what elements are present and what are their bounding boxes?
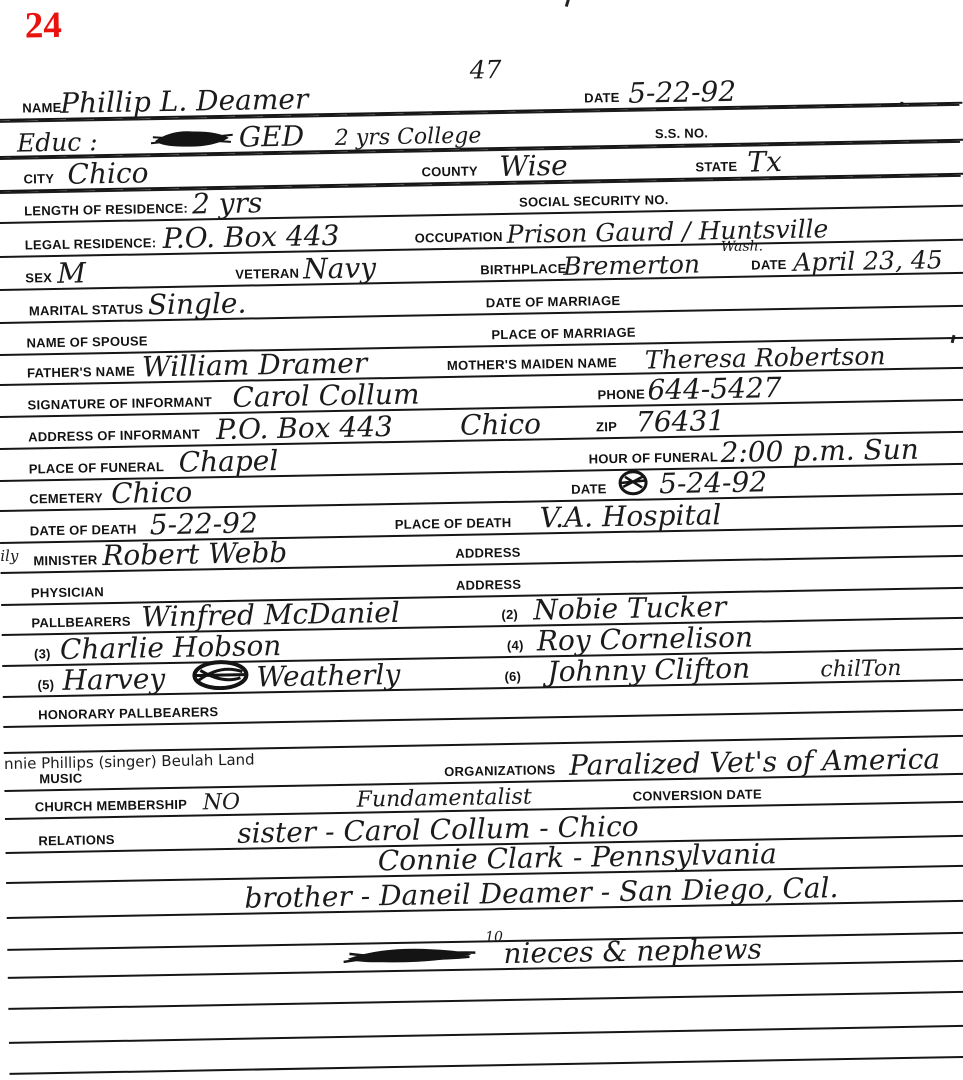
pen-mark — [565, 0, 571, 7]
penciled-number: 47 — [469, 57, 501, 83]
form-body: 24 47 NAME Phillip L. Deamer DATE 5-22-9… — [0, 0, 963, 1080]
scanned-funeral-record-sheet: 24 47 NAME Phillip L. Deamer DATE 5-22-9… — [0, 0, 963, 1080]
relations-line-4-count: 10 — [485, 930, 503, 944]
page-number: 24 — [25, 7, 63, 45]
margin-note-music: nnie Phillips (singer) Beulah Land — [4, 753, 255, 772]
birthplace-state-note: Wash. — [721, 239, 763, 254]
